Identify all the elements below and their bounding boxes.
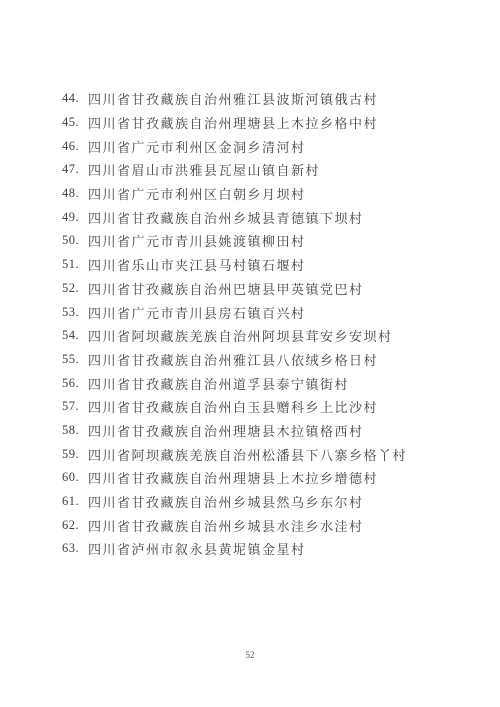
item-number: 63.: [62, 541, 88, 556]
item-number: 59.: [62, 447, 88, 462]
item-number: 47.: [62, 162, 88, 177]
item-number: 48.: [62, 186, 88, 201]
list-item: 51.四川省乐山市夹江县马村镇石堰村: [62, 253, 470, 277]
item-text: 四川省广元市利州区白朝乡月坝村: [88, 184, 306, 203]
village-list: 44.四川省甘孜藏族自治州雅江县波斯河镇俄古村45.四川省甘孜藏族自治州理塘县上…: [62, 87, 470, 561]
list-item: 59.四川省阿坝藏族羌族自治州松潘县下八寨乡格丫村: [62, 442, 470, 466]
item-text: 四川省甘孜藏族自治州巴塘县甲英镇党巴村: [88, 279, 364, 298]
item-text: 四川省泸州市叙永县黄坭镇金星村: [88, 539, 306, 558]
list-item: 45.四川省甘孜藏族自治州理塘县上木拉乡格中村: [62, 111, 470, 135]
item-text: 四川省阿坝藏族羌族自治州阿坝县茸安乡安坝村: [88, 326, 393, 345]
list-item: 46.四川省广元市利州区金洞乡清河村: [62, 134, 470, 158]
item-number: 62.: [62, 518, 88, 533]
item-text: 四川省甘孜藏族自治州雅江县八依绒乡格日村: [88, 350, 378, 369]
list-item: 63.四川省泸州市叙永县黄坭镇金星村: [62, 537, 470, 561]
item-text: 四川省甘孜藏族自治州乡城县青德镇下坝村: [88, 208, 364, 227]
item-number: 50.: [62, 233, 88, 248]
list-item: 57.四川省甘孜藏族自治州白玉县赠科乡上比沙村: [62, 395, 470, 419]
list-item: 55.四川省甘孜藏族自治州雅江县八依绒乡格日村: [62, 348, 470, 372]
item-number: 49.: [62, 210, 88, 225]
item-number: 44.: [62, 91, 88, 106]
list-item: 53.四川省广元市青川县房石镇百兴村: [62, 300, 470, 324]
item-number: 56.: [62, 376, 88, 391]
item-text: 四川省甘孜藏族自治州理塘县上木拉乡格中村: [88, 113, 378, 132]
item-number: 55.: [62, 352, 88, 367]
page-number: 52: [0, 650, 500, 660]
item-text: 四川省乐山市夹江县马村镇石堰村: [88, 255, 306, 274]
item-text: 四川省甘孜藏族自治州理塘县木拉镇格西村: [88, 421, 364, 440]
item-number: 53.: [62, 305, 88, 320]
list-item: 61.四川省甘孜藏族自治州乡城县然乌乡东尔村: [62, 490, 470, 514]
list-item: 60.四川省甘孜藏族自治州理塘县上木拉乡增德村: [62, 466, 470, 490]
item-text: 四川省甘孜藏族自治州乡城县然乌乡东尔村: [88, 492, 364, 511]
item-number: 61.: [62, 494, 88, 509]
list-item: 50.四川省广元市青川县姚渡镇柳田村: [62, 229, 470, 253]
item-text: 四川省广元市青川县房石镇百兴村: [88, 303, 306, 322]
item-text: 四川省甘孜藏族自治州雅江县波斯河镇俄古村: [88, 89, 378, 108]
item-number: 45.: [62, 115, 88, 130]
item-number: 58.: [62, 423, 88, 438]
item-text: 四川省甘孜藏族自治州道孚县泰宁镇街村: [88, 374, 349, 393]
item-text: 四川省甘孜藏族自治州理塘县上木拉乡增德村: [88, 468, 378, 487]
item-text: 四川省广元市青川县姚渡镇柳田村: [88, 231, 306, 250]
list-item: 56.四川省甘孜藏族自治州道孚县泰宁镇街村: [62, 371, 470, 395]
list-item: 54.四川省阿坝藏族羌族自治州阿坝县茸安乡安坝村: [62, 324, 470, 348]
item-number: 51.: [62, 257, 88, 272]
document-page: 44.四川省甘孜藏族自治州雅江县波斯河镇俄古村45.四川省甘孜藏族自治州理塘县上…: [0, 0, 500, 707]
list-item: 47.四川省眉山市洪雅县瓦屋山镇自新村: [62, 158, 470, 182]
item-number: 46.: [62, 139, 88, 154]
list-item: 62.四川省甘孜藏族自治州乡城县水洼乡水洼村: [62, 513, 470, 537]
item-number: 52.: [62, 281, 88, 296]
item-text: 四川省阿坝藏族羌族自治州松潘县下八寨乡格丫村: [88, 445, 407, 464]
item-text: 四川省广元市利州区金洞乡清河村: [88, 137, 306, 156]
item-number: 60.: [62, 470, 88, 485]
item-text: 四川省甘孜藏族自治州乡城县水洼乡水洼村: [88, 516, 364, 535]
item-number: 54.: [62, 328, 88, 343]
item-number: 57.: [62, 399, 88, 414]
list-item: 58.四川省甘孜藏族自治州理塘县木拉镇格西村: [62, 419, 470, 443]
item-text: 四川省眉山市洪雅县瓦屋山镇自新村: [88, 160, 320, 179]
list-item: 44.四川省甘孜藏族自治州雅江县波斯河镇俄古村: [62, 87, 470, 111]
list-item: 48.四川省广元市利州区白朝乡月坝村: [62, 182, 470, 206]
list-item: 49.四川省甘孜藏族自治州乡城县青德镇下坝村: [62, 205, 470, 229]
item-text: 四川省甘孜藏族自治州白玉县赠科乡上比沙村: [88, 397, 378, 416]
list-item: 52.四川省甘孜藏族自治州巴塘县甲英镇党巴村: [62, 277, 470, 301]
